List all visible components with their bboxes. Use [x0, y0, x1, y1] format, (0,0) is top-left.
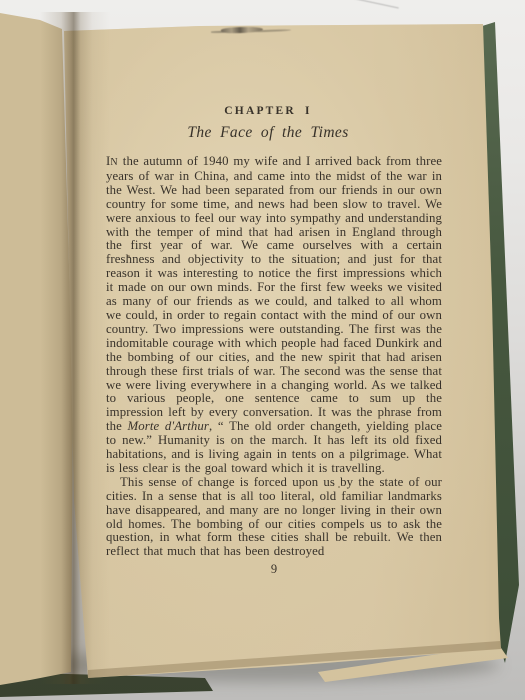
paragraph-1-text: the autumn of 1940 my wife and I arrived…	[106, 154, 442, 433]
page-number: 9	[106, 562, 442, 577]
body-text: IN the autumn of 1940 my wife and I arri…	[106, 155, 442, 559]
book-photo: CHAPTER I The Face of the Times IN the a…	[0, 0, 525, 700]
page-text-block: CHAPTER I The Face of the Times IN the a…	[106, 105, 442, 577]
chapter-title: The Face of the Times	[106, 124, 430, 142]
backdrop-crease-line	[271, 0, 398, 9]
italic-work-title: Morte d'Arthur	[128, 419, 209, 433]
chapter-heading: CHAPTER I	[106, 105, 430, 117]
paragraph-lead-small-cap: N	[110, 157, 118, 168]
paragraph-2: This sense of change is forced upon us b…	[106, 476, 442, 559]
paragraph-1: IN the autumn of 1940 my wife and I arri…	[106, 155, 442, 476]
